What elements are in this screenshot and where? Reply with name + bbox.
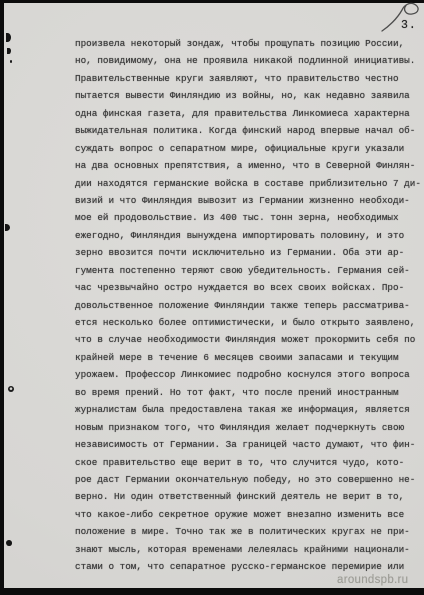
ink-mark <box>6 33 11 42</box>
text-line: ется несколько более оптимистически, и б… <box>75 314 423 331</box>
text-line: час чрезвычайно остро нуждается во всех … <box>75 279 423 296</box>
text-line: стами о том, что сепаратное русско-герма… <box>75 558 423 575</box>
text-line: Правительственные круги заявляют, что пр… <box>75 70 423 87</box>
scan-border-bottom <box>0 588 424 595</box>
text-line: урожаем. Профессор Линкомиес подробно ко… <box>75 366 423 383</box>
text-line: пытается вывести Финляндию из войны, но,… <box>75 87 423 104</box>
text-line: во время прений. Но тот факт, что после … <box>75 384 423 401</box>
ink-mark <box>6 540 12 546</box>
text-line: знают мысль, которая временами лелеялась… <box>75 541 423 558</box>
text-line: верно. Ни один ответственный финский дея… <box>75 488 423 505</box>
ink-mark <box>7 48 11 54</box>
watermark: aroundspb.ru <box>337 574 408 586</box>
staple-hole-mark <box>8 386 14 392</box>
text-line: мое ей продовольствие. Из 400 тыс. тонн … <box>75 209 423 226</box>
text-line: одна финская газета, для правительства Л… <box>75 105 423 122</box>
text-line: на два основных препятствия, а именно, ч… <box>75 157 423 174</box>
text-line: рое даст Германии окончательную победу, … <box>75 471 423 488</box>
text-line: ское правительство еще верит в то, что с… <box>75 454 423 471</box>
text-line: что в случае необходимости Финляндия мож… <box>75 331 423 348</box>
page-number: 3. <box>401 19 417 32</box>
text-line: гумента постепенно теряют свою убедитель… <box>75 262 423 279</box>
text-line: довольственное положение Финляндии также… <box>75 297 423 314</box>
ink-mark <box>5 224 10 231</box>
scan-border-top <box>0 0 424 3</box>
text-line: что какое-либо секретное оружие может вн… <box>75 506 423 523</box>
scan-border-left <box>0 0 4 595</box>
ink-mark <box>10 60 12 63</box>
text-line: крайней мере в течение 6 месяцев своими … <box>75 349 423 366</box>
document-text: произвела некоторый зондаж, чтобы прощуп… <box>75 35 423 576</box>
text-line: зерно ввозится почти исключительно из Ге… <box>75 244 423 261</box>
text-line: произвела некоторый зондаж, чтобы прощуп… <box>75 35 423 52</box>
text-line: ежегодно, Финляндия вынуждена импортиров… <box>75 227 423 244</box>
text-line: дии находятся германские войска в состав… <box>75 175 423 192</box>
text-line: суждать вопрос о сепаратном мире, официа… <box>75 140 423 157</box>
text-line: но, повидимому, она не проявила никакой … <box>75 52 423 69</box>
text-line: визий и что Финляндия вывозит из Германи… <box>75 192 423 209</box>
text-line: новым признаком того, что Финляндия жела… <box>75 419 423 436</box>
scanned-page: 3. произвела некоторый зондаж, чтобы про… <box>0 0 424 595</box>
text-line: независимость от Германии. За границей ч… <box>75 436 423 453</box>
text-line: выжидательная политика. Когда финский на… <box>75 122 423 139</box>
text-line: положение в мире. Точно так же в политич… <box>75 523 423 540</box>
text-line: журналистам была предоставлена такая же … <box>75 401 423 418</box>
